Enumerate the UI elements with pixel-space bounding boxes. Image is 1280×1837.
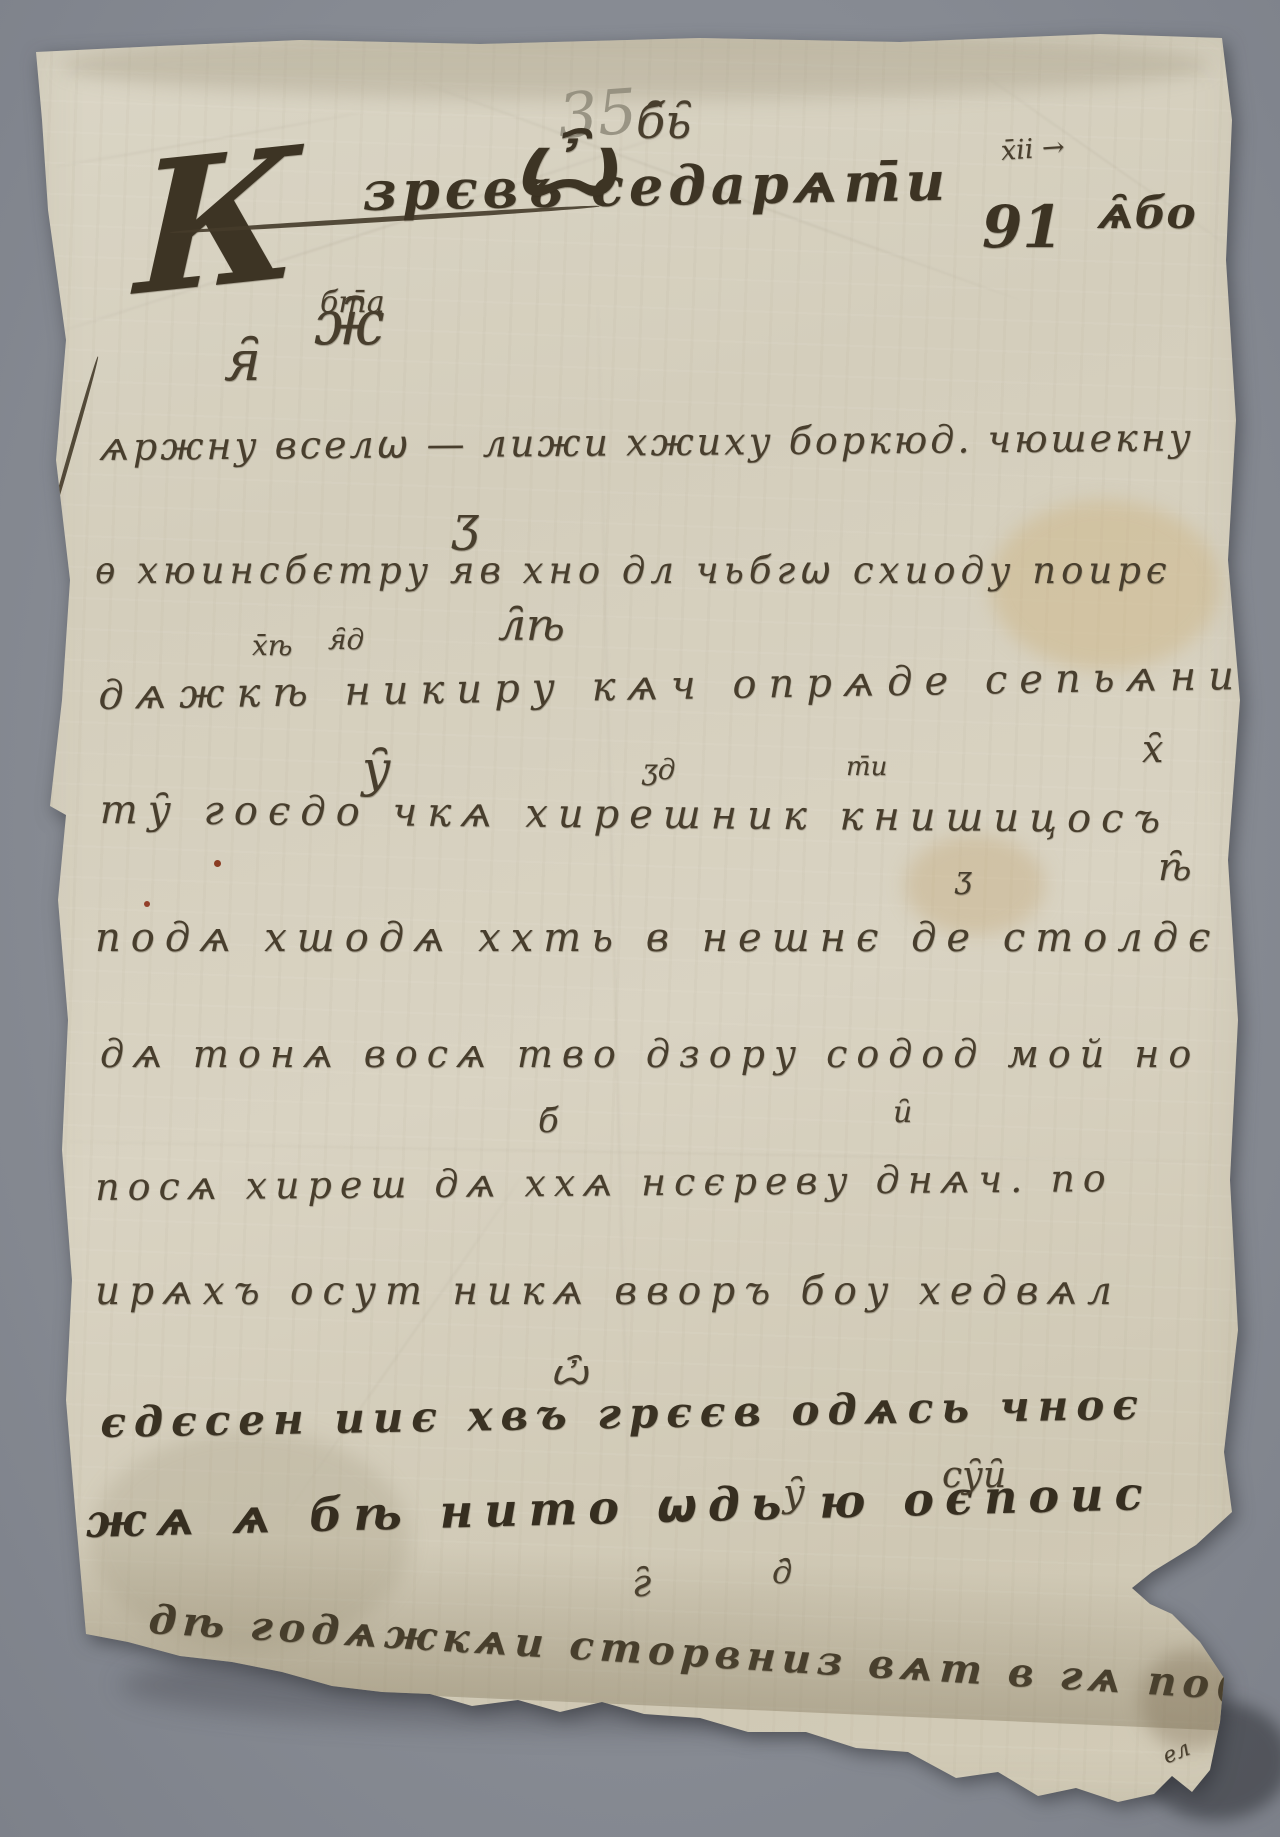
manuscript-line: ѧржну вселѡ — лижи хжиху боркюд. чюшекну [100,418,1194,466]
descender-stroke [44,356,100,540]
interlinear-mark: х̑ [1142,730,1163,768]
manuscript-line: ирѧхъ осут никѧ вворъ боу хедвѧл [95,1272,1121,1311]
interlinear-mark: и̑ [893,1098,912,1128]
manuscript-line: посѧ хиреш дѧ ххѧ нсєреву днѧч. по [95,1159,1114,1206]
interlinear-mark: х̄ѣ [252,632,293,660]
manuscript-line: дѣ годѧжкѧи сторвниз вѧт в гѧ по(х2 [148,1600,1280,1711]
manuscript-line: подѧ хшодѧ ххть в нешнє де столдє [95,918,1220,958]
interlinear-mark: ӡ [955,864,972,894]
heading-main: зрєвъ седарѧт̄и [362,154,950,218]
heading-superscript: х̄іі → [1000,134,1065,165]
ink-flourish: б̑ь̑ [636,98,691,146]
crease [279,1177,522,1523]
manuscript-line: ѳ хюинсбєтру яв хно дл чьбгѡ схиоду поир… [95,552,1172,589]
red-speck [144,901,150,907]
interlinear-mark: ж̑ [314,292,384,354]
manuscript-line: ту̑ гоєдо чкѧ хирешник книшицосъ [100,790,1171,839]
manuscript-line: єдєсен ииє хвъ грєєв одѧсь чноє [100,1384,1146,1444]
manuscript-line: дѧ тонѧ восѧ тво дзору содод мой но [100,1035,1200,1073]
manuscript-scan: 35 К бт̄а зрєвъ седарѧт̄и 91 ѧ̑бо х̄іі →… [0,0,1280,1837]
interlinear-mark: г̑ [632,1564,651,1602]
interlinear-mark: б̄ [538,1104,559,1138]
interlinear-mark: су̑и̑ [942,1458,1006,1494]
red-speck [214,860,221,867]
interlinear-mark: я̑д [328,626,364,654]
interlinear-mark: ѣ̑ [1158,848,1192,886]
interlinear-mark: т̄и [846,754,887,780]
heading-initial: К [134,123,303,322]
interlinear-mark: я̑ [224,334,261,390]
interlinear-mark: у̑ [783,1474,805,1512]
interlinear-mark: ѽ [552,1352,591,1390]
manuscript-line: дѧжкѣ никиру кѧч опрѧде сепьѧникю [98,655,1280,716]
heading-tail: ѧ̑бо [1098,192,1196,236]
interlinear-mark: ел [1160,1738,1193,1769]
interlinear-mark: д̑ [772,1556,792,1588]
interlinear-mark: ӡд [642,756,676,784]
paper-sheet: 35 К бт̄а зрєвъ седарѧт̄и 91 ѧ̑бо х̄іі →… [0,0,1280,1837]
interlinear-mark: у̑ [362,744,391,794]
interlinear-mark: л̑ѣ [498,604,565,648]
heading-number: 91 [982,198,1063,256]
paper-wrapper: 35 К бт̄а зрєвъ седарѧт̄и 91 ѧ̑бо х̄іі →… [0,0,1280,1837]
ink-flourish: Ѽ [520,134,621,206]
interlinear-mark: ӡ [452,500,479,548]
